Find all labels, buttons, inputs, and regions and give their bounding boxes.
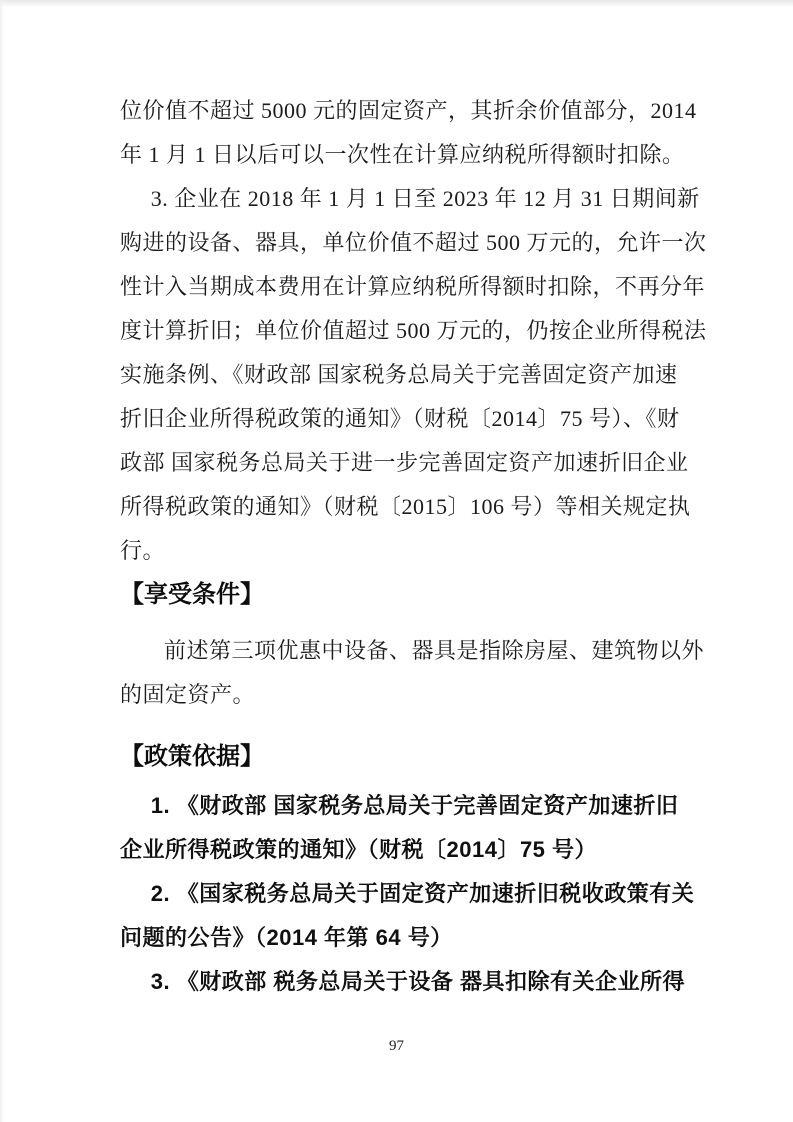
- text-line: 折旧企业所得税政策的通知》（财税〔2014〕75 号）、《财: [120, 397, 675, 441]
- text-line: 购进的设备、器具，单位价值不超过 500 万元的，允许一次: [120, 221, 675, 265]
- text-line: 行。: [120, 529, 675, 573]
- section-heading-policy-basis: 【政策依据】: [120, 735, 675, 779]
- policy-basis-list: 1. 《财政部 国家税务总局关于完善固定资产加速折旧 企业所得税政策的通知》（财…: [120, 784, 675, 1004]
- paragraph-continuation: 位价值不超过 5000 元的固定资产，其折余价值部分，2014 年 1 月 1 …: [120, 89, 675, 177]
- section-heading-conditions: 【享受条件】: [120, 573, 675, 617]
- text-line: 3. 《财政部 税务总局关于设备 器具扣除有关企业所得: [120, 960, 675, 1004]
- list-item: 1. 《财政部 国家税务总局关于完善固定资产加速折旧 企业所得税政策的通知》（财…: [120, 784, 675, 872]
- text-line: 2. 《国家税务总局关于固定资产加速折旧税收政策有关: [120, 872, 675, 916]
- scan-edge-left: [0, 0, 4, 1122]
- text-line: 所得税政策的通知》（财税〔2015〕106 号）等相关规定执: [120, 485, 675, 529]
- text-line: 年 1 月 1 日以后可以一次性在计算应纳税所得额时扣除。: [120, 133, 675, 177]
- list-item: 2. 《国家税务总局关于固定资产加速折旧税收政策有关 问题的公告》（2014 年…: [120, 872, 675, 960]
- scan-edge-top: [0, 0, 793, 7]
- text-line: 问题的公告》（2014 年第 64 号）: [120, 916, 675, 960]
- text-line: 实施条例、《财政部 国家税务总局关于完善固定资产加速: [120, 353, 675, 397]
- text-line: 的固定资产。: [120, 673, 675, 717]
- document-page: 位价值不超过 5000 元的固定资产，其折余价值部分，2014 年 1 月 1 …: [0, 0, 793, 1122]
- text-line: 位价值不超过 5000 元的固定资产，其折余价值部分，2014: [120, 89, 675, 133]
- text-line: 性计入当期成本费用在计算应纳税所得额时扣除，不再分年: [120, 265, 675, 309]
- page-number: 97: [0, 1036, 793, 1056]
- paragraph-conditions: 前述第三项优惠中设备、器具是指除房屋、建筑物以外 的固定资产。: [120, 629, 675, 717]
- text-line: 3. 企业在 2018 年 1 月 1 日至 2023 年 12 月 31 日期…: [120, 177, 675, 221]
- list-item: 3. 《财政部 税务总局关于设备 器具扣除有关企业所得: [120, 960, 675, 1004]
- text-line: 前述第三项优惠中设备、器具是指除房屋、建筑物以外: [120, 629, 675, 673]
- text-line: 1. 《财政部 国家税务总局关于完善固定资产加速折旧: [120, 784, 675, 828]
- text-line: 政部 国家税务总局关于进一步完善固定资产加速折旧企业: [120, 441, 675, 485]
- text-line: 企业所得税政策的通知》（财税〔2014〕75 号）: [120, 828, 675, 872]
- paragraph-item3: 3. 企业在 2018 年 1 月 1 日至 2023 年 12 月 31 日期…: [120, 177, 675, 573]
- text-line: 度计算折旧；单位价值超过 500 万元的，仍按企业所得税法: [120, 309, 675, 353]
